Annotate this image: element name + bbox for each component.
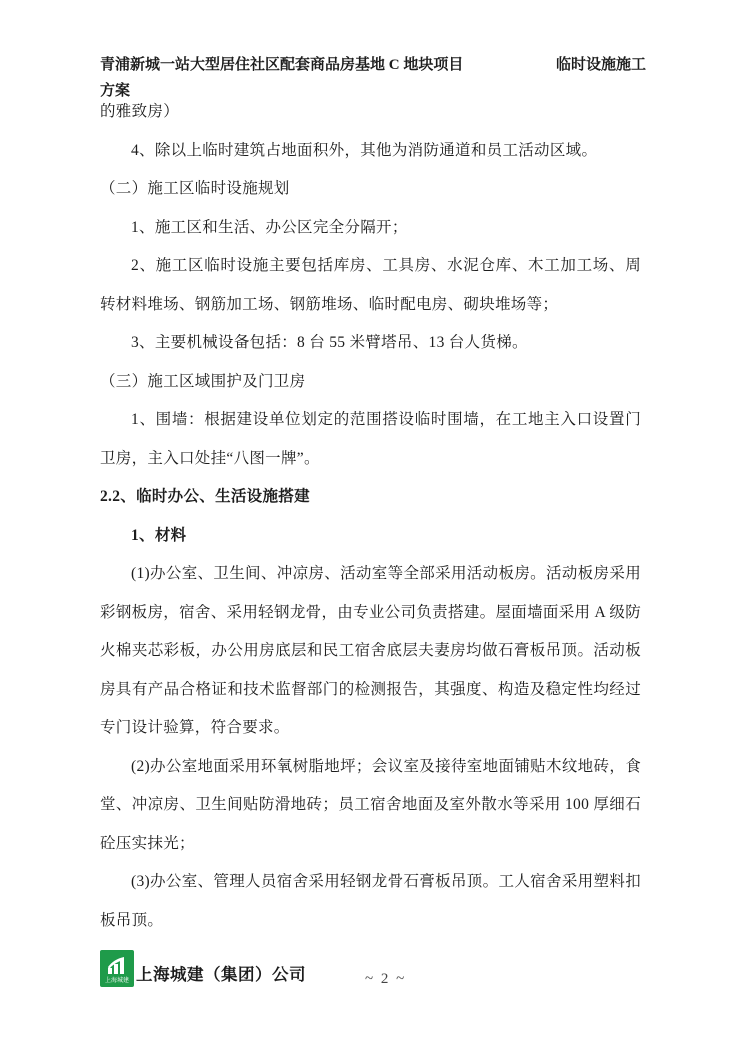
paragraph: 1、施工区和生活、办公区完全分隔开； <box>100 209 641 248</box>
paragraph: (1)办公室、卫生间、冲凉房、活动室等全部采用活动板房。活动板房采用彩钢板房，宿… <box>100 555 641 748</box>
project-title: 青浦新城一站大型居住社区配套商品房基地 C 地块项目 <box>100 52 463 78</box>
company-logo: 上海城建 <box>100 950 134 987</box>
paragraph: (2)办公室地面采用环氧树脂地坪；会议室及接待室地面铺贴木纹地砖，食堂、冲凉房、… <box>100 748 641 864</box>
paragraph: （三）施工区域围护及门卫房 <box>100 363 641 402</box>
paragraph: 2、施工区临时设施主要包括库房、工具房、水泥仓库、木工加工场、周转材料堆场、钢筋… <box>100 247 641 324</box>
document-body: 的雅致房） 4、除以上临时建筑占地面积外，其他为消防通道和员工活动区域。 （二）… <box>100 93 641 940</box>
paragraph: (3)办公室、管理人员宿舍采用轻钢龙骨石膏板吊顶。工人宿舍采用塑料扣板吊顶。 <box>100 863 641 940</box>
paragraph: 3、主要机械设备包括：8 台 55 米臂塔吊、13 台人货梯。 <box>100 324 641 363</box>
paragraph: 1、材料 <box>100 517 641 556</box>
logo-text: 上海城建 <box>100 978 134 984</box>
paragraph: （二）施工区临时设施规划 <box>100 170 641 209</box>
doc-title: 临时设施施工 <box>556 52 646 78</box>
page-number: ~ 2 ~ <box>365 971 406 988</box>
page-footer: 上海城建 上海城建（集团）公司 ~ 2 ~ <box>100 950 646 994</box>
header-line-1: 青浦新城一站大型居住社区配套商品房基地 C 地块项目 临时设施施工 <box>100 52 646 78</box>
paragraph: 4、除以上临时建筑占地面积外，其他为消防通道和员工活动区域。 <box>100 132 641 171</box>
company-name: 上海城建（集团）公司 <box>136 965 306 985</box>
paragraph: 1、围墙：根据建设单位划定的范围搭设临时围墙，在工地主入口设置门卫房，主入口处挂… <box>100 401 641 478</box>
document-page: 青浦新城一站大型居住社区配套商品房基地 C 地块项目 临时设施施工 方案 的雅致… <box>0 0 744 1052</box>
paragraph: 的雅致房） <box>100 93 641 132</box>
paragraph: 2.2、临时办公、生活设施搭建 <box>100 478 641 517</box>
